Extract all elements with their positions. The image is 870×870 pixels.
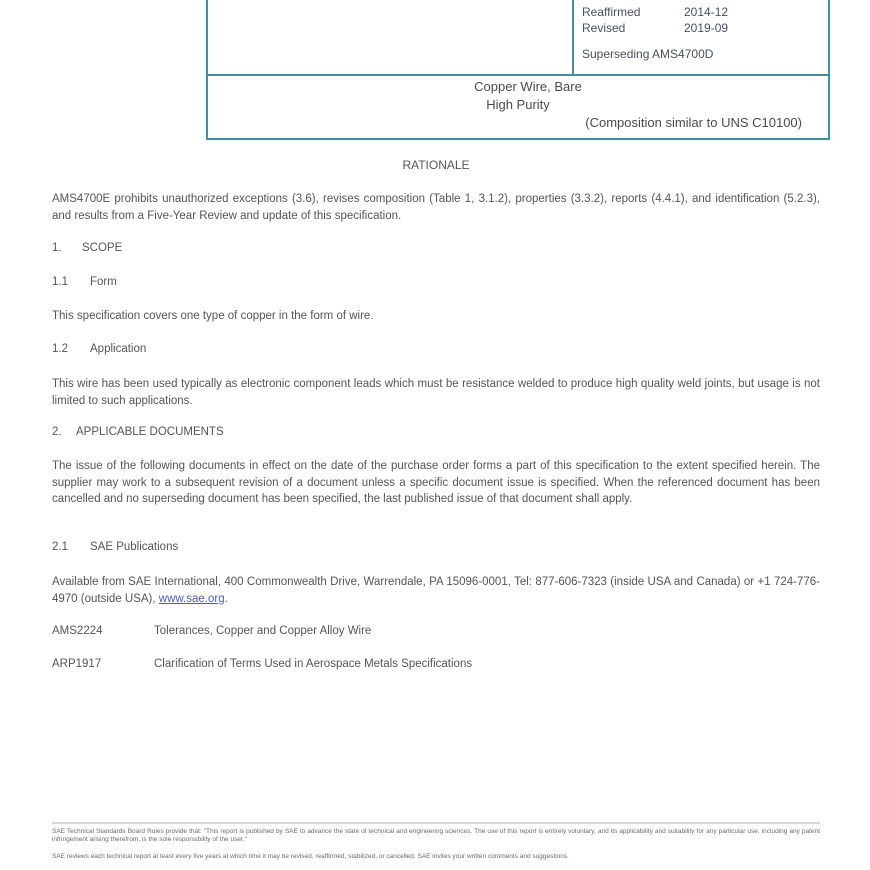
section-2-text: The issue of the following documents in … <box>52 458 820 508</box>
title-line-1: Copper Wire, Bare <box>208 78 828 96</box>
document-header-box: Reaffirmed 2014-12 Revised 2019-09 Super… <box>206 0 830 140</box>
section-number: 1.1 <box>52 276 90 288</box>
date-value: 2019-09 <box>684 20 728 36</box>
section-2-1-heading: 2.1SAE Publications <box>52 541 178 553</box>
superseding-note: Superseding AMS4700D <box>582 46 728 62</box>
section-1-1-heading: 1.1Form <box>52 276 117 288</box>
date-label: Reaffirmed <box>582 4 684 20</box>
section-1-2-heading: 1.2Application <box>52 343 146 355</box>
section-title: Application <box>90 343 146 355</box>
header-divider <box>572 0 574 74</box>
section-2-1-text: Available from SAE International, 400 Co… <box>52 574 820 607</box>
section-title: Form <box>90 276 117 288</box>
reference-row: AMS2224 Tolerances, Copper and Copper Al… <box>52 625 371 637</box>
section-number: 1. <box>52 242 82 254</box>
date-label: Revised <box>582 20 684 36</box>
reference-title: Tolerances, Copper and Copper Alloy Wire <box>154 625 371 637</box>
section-1-2-text: This wire has been used typically as ele… <box>52 376 820 409</box>
title-line-3: (Composition similar to UNS C10100) <box>208 114 828 132</box>
reference-code: AMS2224 <box>52 625 154 637</box>
section-title: SAE Publications <box>90 541 178 553</box>
date-row-reaffirmed: Reaffirmed 2014-12 <box>582 4 728 20</box>
section-title: SCOPE <box>82 242 122 254</box>
reference-title: Clarification of Terms Used in Aerospace… <box>154 658 472 670</box>
header-top-section <box>208 0 828 76</box>
sentence-end: . <box>225 593 228 605</box>
section-title: APPLICABLE DOCUMENTS <box>76 426 224 438</box>
section-number: 2.1 <box>52 541 90 553</box>
document-title: Copper Wire, Bare High Purity (Compositi… <box>208 78 828 132</box>
title-line-2: High Purity <box>208 96 828 114</box>
date-value: 2014-12 <box>684 4 728 20</box>
sae-website-link[interactable]: www.sae.org <box>159 593 225 605</box>
header-dates: Reaffirmed 2014-12 Revised 2019-09 Super… <box>582 4 728 62</box>
section-2-heading: 2.APPLICABLE DOCUMENTS <box>52 426 224 438</box>
section-number: 1.2 <box>52 343 90 355</box>
footer-notice-1: SAE Technical Standards Board Rules prov… <box>52 828 820 844</box>
rationale-text: AMS4700E prohibits unauthorized exceptio… <box>52 191 820 224</box>
section-1-heading: 1.SCOPE <box>52 242 122 254</box>
date-row-revised: Revised 2019-09 <box>582 20 728 36</box>
section-1-1-text: This specification covers one type of co… <box>52 308 820 325</box>
footer-divider <box>52 822 820 824</box>
reference-code: ARP1917 <box>52 658 154 670</box>
rationale-heading: RATIONALE <box>52 158 820 172</box>
section-number: 2. <box>52 426 76 438</box>
footer-notice-2: SAE reviews each technical report at lea… <box>52 853 820 861</box>
reference-row: ARP1917 Clarification of Terms Used in A… <box>52 658 472 670</box>
